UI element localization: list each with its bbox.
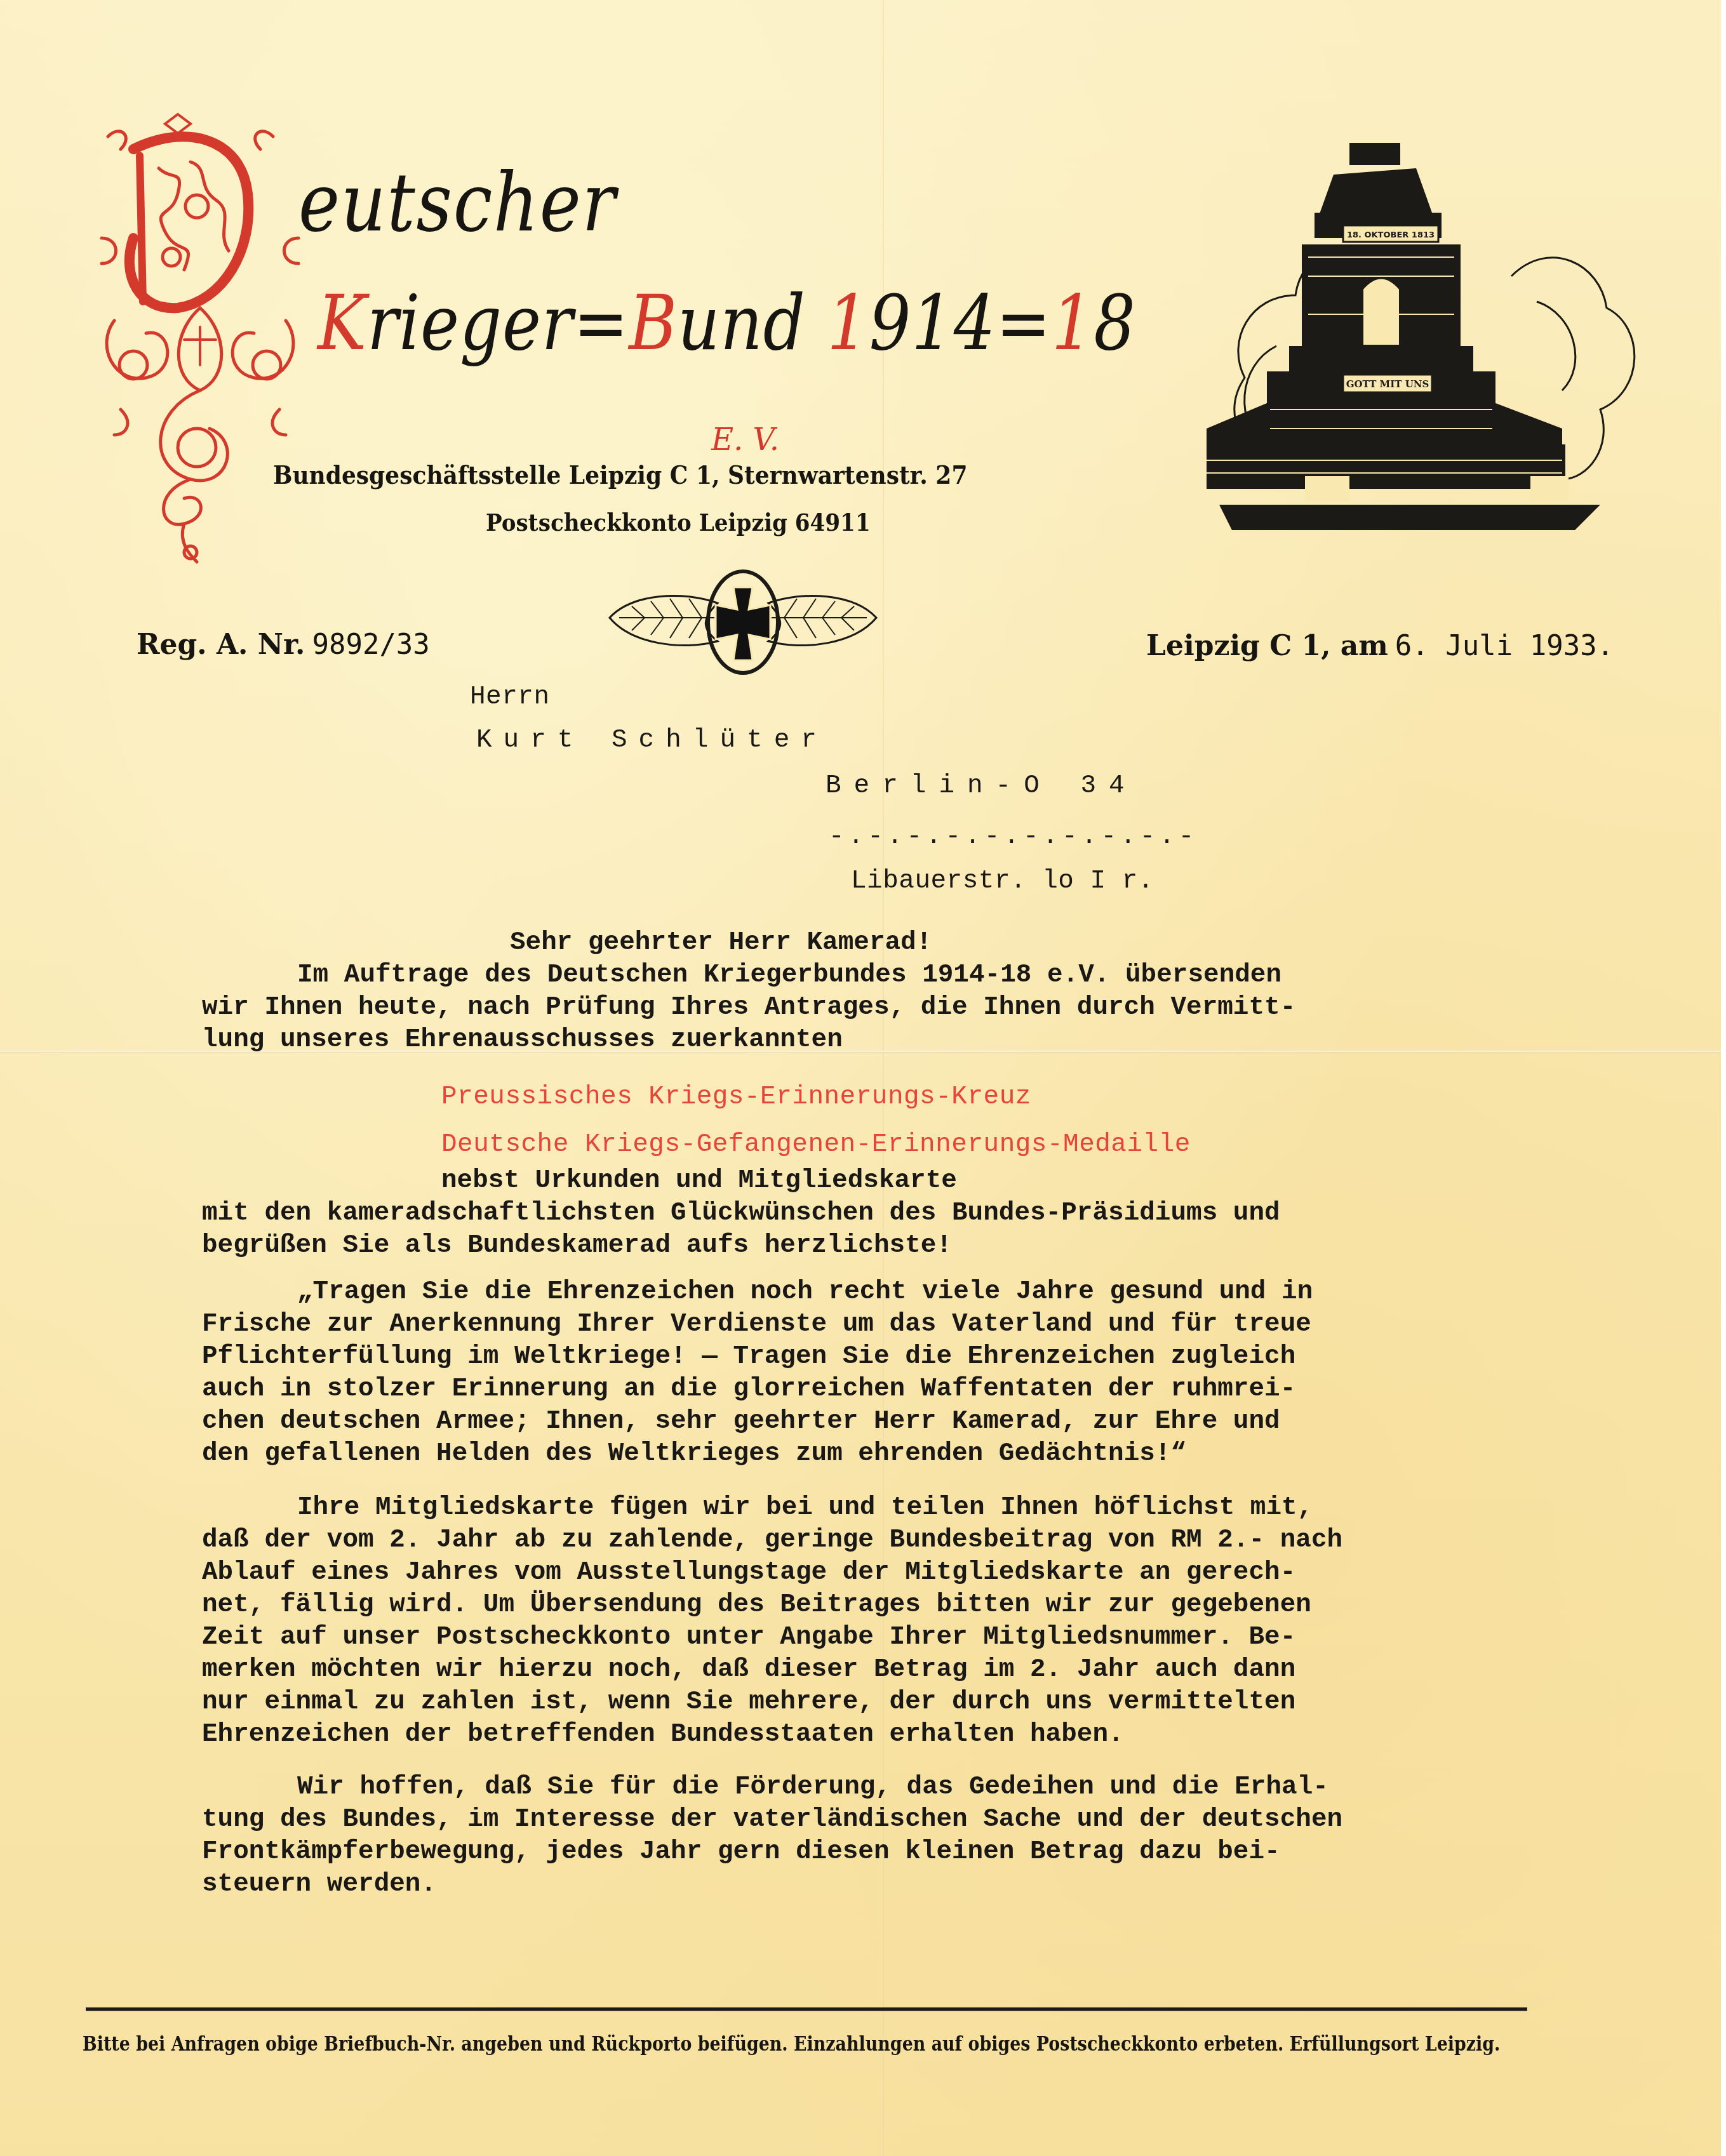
body-line: „Tragen Sie die Ehrenzeichen noch recht … — [202, 1276, 1586, 1308]
body-line: steuern werden. — [202, 1868, 1586, 1901]
body-line: begrüßen Sie als Bundeskamerad aufs herz… — [202, 1230, 1586, 1262]
footer-note: Bitte bei Anfragen obige Briefbuch-Nr. a… — [83, 2032, 1500, 2056]
body-line: Ablauf eines Jahres vom Ausstellungstage… — [202, 1557, 1586, 1589]
letter-body-quote: „Tragen Sie die Ehrenzeichen noch recht … — [202, 1276, 1586, 1470]
letter-body-closing: Wir hoffen, daß Sie für die Förderung, d… — [202, 1771, 1586, 1901]
body-line: merken möchten wir hierzu noch, daß dies… — [202, 1654, 1586, 1686]
title-year2-rest: 8 — [1094, 279, 1136, 368]
title-und: und — [678, 279, 827, 368]
monument-motto-inscription: GOTT MIT UNS — [1346, 378, 1429, 390]
body-line: daß der vom 2. Jahr ab zu zahlende, geri… — [202, 1524, 1586, 1557]
footer-divider — [86, 2007, 1527, 2011]
reference-value: 9892/33 — [312, 629, 429, 661]
title-b-initial: B — [629, 279, 678, 368]
title-year2-first-digit: 1 — [1052, 279, 1094, 368]
body-line: lung unseres Ehrenausschusses zuerkannte… — [202, 1024, 1586, 1056]
body-line: nebst Urkunden und Mitgliedskarte — [202, 1165, 1586, 1197]
ornamental-initial-d-icon — [95, 111, 305, 565]
body-line: Ehrenzeichen der betreffenden Bundesstaa… — [202, 1719, 1586, 1751]
body-line: auch in stolzer Erinnerung an die glorre… — [202, 1373, 1586, 1406]
letterhead-title-line2: Krieger=Bund 1914=18 — [318, 279, 1136, 368]
body-line: Zeit auf unser Postscheckkonto unter Ang… — [202, 1621, 1586, 1654]
award-pow-medal: Deutsche Kriegs-Gefangenen-Erinnerungs-M… — [441, 1130, 1191, 1159]
body-line: Im Auftrage des Deutschen Kriegerbundes … — [202, 959, 1586, 992]
recipient-underline: -.-.-.-.-.-.-.-.-.- — [829, 822, 1198, 851]
body-line: Pflichterfüllung im Weltkriege! — Tragen… — [202, 1341, 1586, 1373]
ev-mark: E. V. — [711, 422, 779, 458]
letterhead-title-line1: eutscher — [298, 156, 617, 250]
title-year1-first-digit: 1 — [827, 279, 869, 368]
iron-cross-emblem-icon — [606, 568, 880, 676]
body-line: nur einmal zu zahlen ist, wenn Sie mehre… — [202, 1686, 1586, 1719]
letter-body-membership: Ihre Mitgliedskarte fügen wir bei und te… — [202, 1492, 1586, 1751]
title-rieger: rieger= — [367, 279, 629, 368]
body-line: den gefallenen Helden des Weltkrieges zu… — [202, 1438, 1586, 1470]
recipient-city: Berlin-O 34 — [826, 771, 1137, 801]
body-line: Frische zur Anerkennung Ihrer Verdienste… — [202, 1308, 1586, 1341]
dateline: Leipzig C 1, am 6. Juli 1933. — [1146, 630, 1614, 662]
title-deutscher: eutscher — [298, 156, 617, 250]
body-line: wir Ihnen heute, nach Prüfung Ihres Antr… — [202, 992, 1586, 1024]
letter-body-part2: nebst Urkunden und Mitgliedskarte mit de… — [202, 1165, 1586, 1262]
monument-illustration-icon: 18. OKTOBER 1813 GOTT MIT UNS — [1207, 124, 1651, 556]
body-line: Ihre Mitgliedskarte fügen wir bei und te… — [202, 1492, 1586, 1524]
monument-date-inscription: 18. OKTOBER 1813 — [1347, 230, 1435, 240]
reference-number: Reg. A. Nr. 9892/33 — [137, 629, 430, 661]
dateline-date: 6. Juli 1933. — [1395, 630, 1614, 662]
recipient-salutation: Herrn — [470, 682, 550, 712]
recipient-street: Libauerstr. lo I r. — [851, 867, 1154, 896]
title-k-initial: K — [318, 279, 367, 368]
award-prussian-cross: Preussisches Kriegs-Erinnerungs-Kreuz — [441, 1082, 1031, 1112]
body-line: Frontkämpferbewegung, jedes Jahr gern di… — [202, 1836, 1586, 1868]
body-line: tung des Bundes, im Interesse der vaterl… — [202, 1804, 1586, 1836]
office-address: Bundesgeschäftsstelle Leipzig C 1, Stern… — [273, 460, 967, 490]
body-line: Wir hoffen, daß Sie für die Förderung, d… — [202, 1771, 1586, 1804]
body-line: net, fällig wird. Um Übersendung des Bei… — [202, 1589, 1586, 1621]
recipient-name: Kurt Schlüter — [476, 726, 828, 755]
body-line: chen deutschen Armee; Ihnen, sehr geehrt… — [202, 1406, 1586, 1438]
dateline-place: Leipzig C 1, am — [1146, 630, 1388, 662]
reference-label: Reg. A. Nr. — [137, 629, 305, 661]
title-year1-rest: 914= — [869, 279, 1052, 368]
letter-body-part1: Sehr geehrter Herr Kamerad! Im Auftrage … — [202, 927, 1586, 1056]
body-line: mit den kameradschaftlichsten Glückwünsc… — [202, 1197, 1586, 1230]
greeting: Sehr geehrter Herr Kamerad! — [202, 927, 1586, 959]
postcheck-account: Postscheckkonto Leipzig 64911 — [486, 508, 871, 536]
